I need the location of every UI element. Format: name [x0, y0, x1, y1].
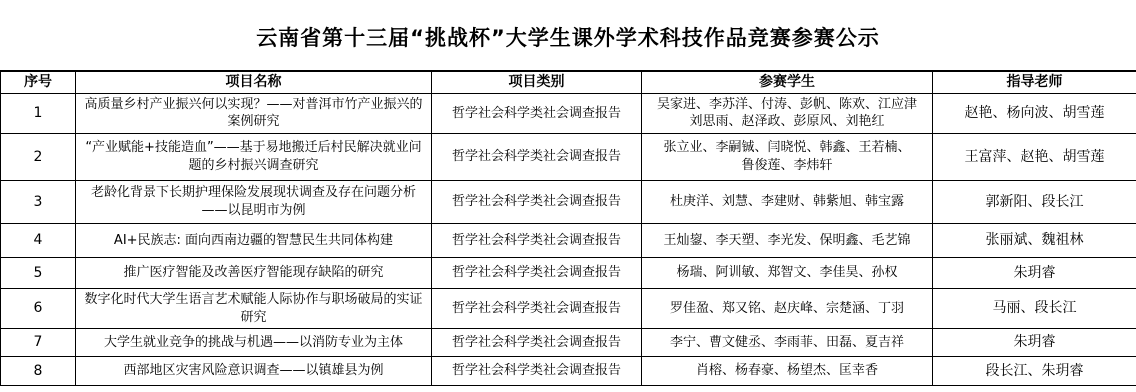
table-row: 2“产业赋能+技能造血”——基于易地搬迁后村民解决就业问题的乡村振兴调查研究哲学… [1, 133, 1136, 180]
table-row: 6数字化时代大学生语言艺术赋能人际协作与职场破局的实证研究哲学社会科学类社会调查… [1, 288, 1136, 328]
cell-advisors: 段长江、朱玥睿 [933, 357, 1136, 386]
cell-advisors: 朱玥睿 [933, 257, 1136, 288]
cell-students: 李宁、曹文健丞、李雨菲、田磊、夏吉祥 [642, 329, 933, 357]
cell-no: 3 [1, 180, 76, 223]
cell-students: 杨瑞、阿训敏、郑智文、李佳昊、孙权 [642, 257, 933, 288]
cell-category: 哲学社会科学类社会调查报告 [432, 357, 642, 386]
table-header: 序号 项目名称 项目类别 参赛学生 指导老师 [1, 71, 1136, 93]
cell-students: 肖榕、杨春豪、杨望杰、匡幸香 [642, 357, 933, 386]
cell-students: 罗佳盈、郑又铭、赵庆峰、宗楚涵、丁羽 [642, 288, 933, 328]
table-body: 1高质量乡村产业振兴何以实现？——对普洱市竹产业振兴的案例研究哲学社会科学类社会… [1, 93, 1136, 385]
cell-name: 数字化时代大学生语言艺术赋能人际协作与职场破局的实证研究 [76, 288, 432, 328]
cell-no: 4 [1, 223, 76, 257]
cell-no: 1 [1, 93, 76, 133]
cell-no: 7 [1, 329, 76, 357]
cell-name: “产业赋能+技能造血”——基于易地搬迁后村民解决就业问题的乡村振兴调查研究 [76, 133, 432, 180]
cell-advisors: 郭新阳、段长江 [933, 180, 1136, 223]
cell-advisors: 赵艳、杨向波、胡雪莲 [933, 93, 1136, 133]
table-row: 8西部地区灾害风险意识调查——以镇雄县为例哲学社会科学类社会调查报告肖榕、杨春豪… [1, 357, 1136, 386]
cell-name: 推广医疗智能及改善医疗智能现存缺陷的研究 [76, 257, 432, 288]
table-row: 1高质量乡村产业振兴何以实现？——对普洱市竹产业振兴的案例研究哲学社会科学类社会… [1, 93, 1136, 133]
column-header-no: 序号 [1, 71, 76, 93]
cell-advisors: 张丽斌、魏祖林 [933, 223, 1136, 257]
cell-category: 哲学社会科学类社会调查报告 [432, 329, 642, 357]
cell-category: 哲学社会科学类社会调查报告 [432, 180, 642, 223]
cell-name: 西部地区灾害风险意识调查——以镇雄县为例 [76, 357, 432, 386]
cell-category: 哲学社会科学类社会调查报告 [432, 223, 642, 257]
cell-no: 6 [1, 288, 76, 328]
cell-no: 8 [1, 357, 76, 386]
column-header-name: 项目名称 [76, 71, 432, 93]
cell-category: 哲学社会科学类社会调查报告 [432, 133, 642, 180]
cell-advisors: 王富萍、赵艳、胡雪莲 [933, 133, 1136, 180]
competition-table: 序号 项目名称 项目类别 参赛学生 指导老师 1高质量乡村产业振兴何以实现？——… [0, 70, 1136, 386]
cell-name: AI+民族志: 面向西南边疆的智慧民生共同体构建 [76, 223, 432, 257]
cell-advisors: 朱玥睿 [933, 329, 1136, 357]
cell-students: 吴家进、李苏洋、付涛、彭帆、陈欢、江应津 刘思雨、赵泽政、彭原风、刘艳红 [642, 93, 933, 133]
cell-category: 哲学社会科学类社会调查报告 [432, 288, 642, 328]
column-header-advisors: 指导老师 [933, 71, 1136, 93]
table-row: 7大学生就业竞争的挑战与机遇——以消防专业为主体哲学社会科学类社会调查报告李宁、… [1, 329, 1136, 357]
cell-students: 杜庚洋、刘慧、李建财、韩紫旭、韩宝露 [642, 180, 933, 223]
table-row: 4AI+民族志: 面向西南边疆的智慧民生共同体构建哲学社会科学类社会调查报告王灿… [1, 223, 1136, 257]
cell-category: 哲学社会科学类社会调查报告 [432, 257, 642, 288]
cell-students: 王灿鋆、李天塑、李光发、保明鑫、毛艺锦 [642, 223, 933, 257]
cell-no: 5 [1, 257, 76, 288]
cell-students: 张立业、李嗣铖、闫晓悦、韩鑫、王若楠、 鲁俊莲、李炜轩 [642, 133, 933, 180]
column-header-students: 参赛学生 [642, 71, 933, 93]
cell-name: 老龄化背景下长期护理保险发展现状调查及存在问题分析——以昆明市为例 [76, 180, 432, 223]
column-header-category: 项目类别 [432, 71, 642, 93]
cell-no: 2 [1, 133, 76, 180]
page-title: 云南省第十三届“挑战杯”大学生课外学术科技作品竞赛参赛公示 [0, 0, 1136, 70]
cell-name: 高质量乡村产业振兴何以实现？——对普洱市竹产业振兴的案例研究 [76, 93, 432, 133]
cell-category: 哲学社会科学类社会调查报告 [432, 93, 642, 133]
cell-advisors: 马丽、段长江 [933, 288, 1136, 328]
cell-name: 大学生就业竞争的挑战与机遇——以消防专业为主体 [76, 329, 432, 357]
announcement-page: 云南省第十三届“挑战杯”大学生课外学术科技作品竞赛参赛公示 序号 项目名称 项目… [0, 0, 1136, 392]
table-row: 5推广医疗智能及改善医疗智能现存缺陷的研究哲学社会科学类社会调查报告杨瑞、阿训敏… [1, 257, 1136, 288]
table-header-row: 序号 项目名称 项目类别 参赛学生 指导老师 [1, 71, 1136, 93]
table-row: 3老龄化背景下长期护理保险发展现状调查及存在问题分析——以昆明市为例哲学社会科学… [1, 180, 1136, 223]
